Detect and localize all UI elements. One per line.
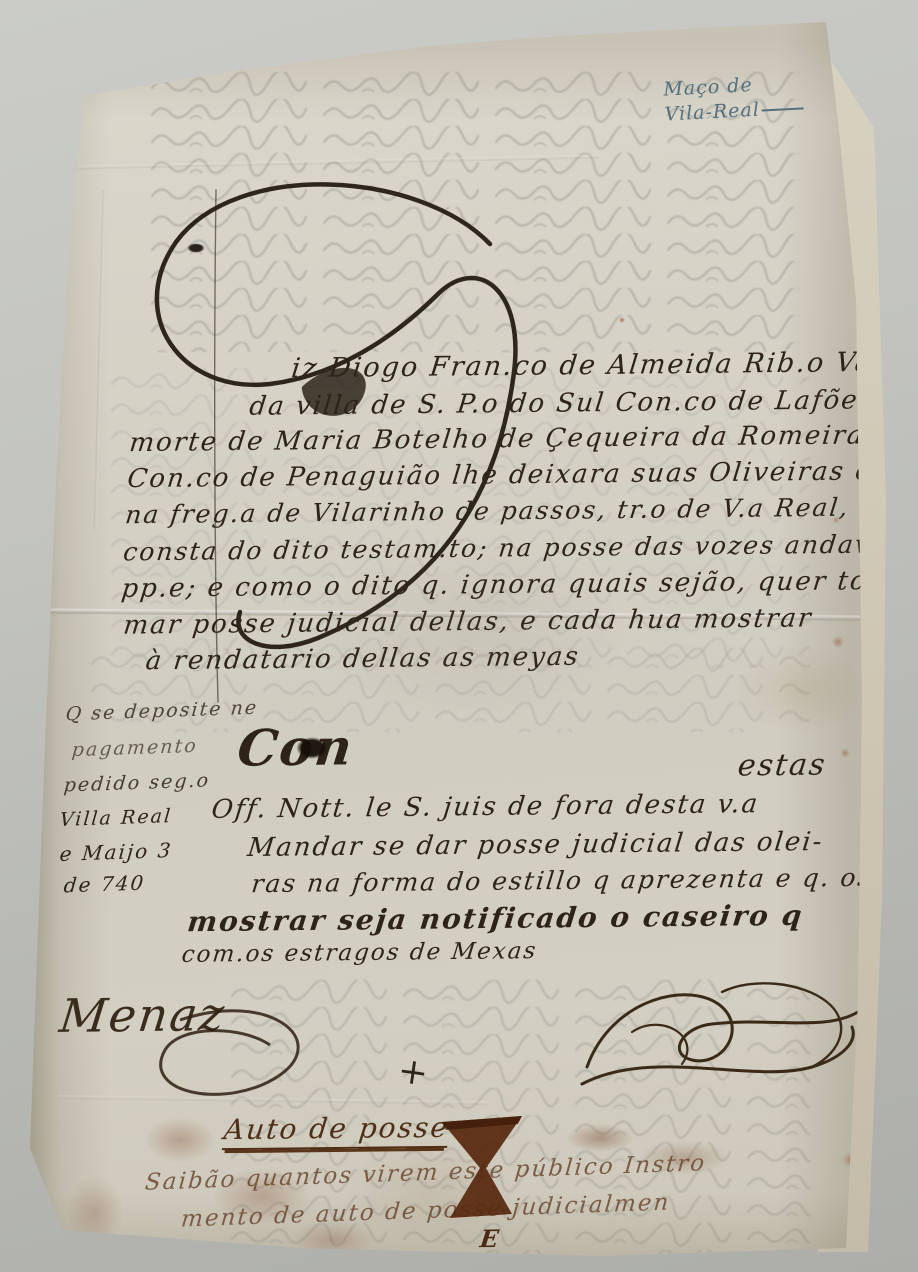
margin-note-line: de 740: [63, 871, 147, 898]
signature-left-flourish: [120, 1000, 360, 1110]
cross-mark: +: [395, 1050, 433, 1095]
margin-note-line: pedido seg.o: [63, 769, 211, 796]
auto-de-posse-heading: Auto de posse: [222, 1111, 451, 1150]
petition-line: à rendatario dellas as meyas: [144, 642, 581, 677]
dispatch-right-word: estas: [736, 748, 829, 784]
archival-note-blue-pencil: Maço de Vila-Real: [663, 70, 805, 127]
dispatch-line: mostrar seja notificado o caseiro q: [186, 899, 806, 938]
hourglass-ink-blot: [430, 1110, 540, 1225]
signature-right-flourish: [572, 972, 882, 1097]
dispatch-line: com.os estragos de Mexas: [180, 938, 539, 968]
dispatch-big-word: Con: [235, 717, 357, 777]
dispatch-line: ras na forma do estillo q aprezenta e q.…: [250, 863, 874, 898]
margin-note-line: Villa Real: [59, 805, 173, 831]
dispatch-line: Off. Nott. le S. juis de fora desta v.a: [210, 789, 761, 825]
dispatch-line: Mandar se dar posse judicial das olei-: [246, 827, 825, 863]
margin-note-line: pagamento: [71, 735, 199, 761]
fold-crease-vertical: [94, 190, 106, 530]
margin-note-line: e Maijo 3: [59, 838, 174, 866]
manuscript-page: Maço de Vila-Real iz Diogo Fran.co de Al…: [0, 0, 918, 1272]
photo-of-manuscript: Maço de Vila-Real iz Diogo Fran.co de Al…: [0, 0, 918, 1272]
petition-line: iz Diogo Fran.co de Almeida Rib.o Vaz: [290, 347, 891, 384]
final-e-mark: E: [478, 1224, 502, 1257]
petition-line: da villa de S. P.o do Sul Con.co de Lafõ…: [248, 384, 918, 422]
